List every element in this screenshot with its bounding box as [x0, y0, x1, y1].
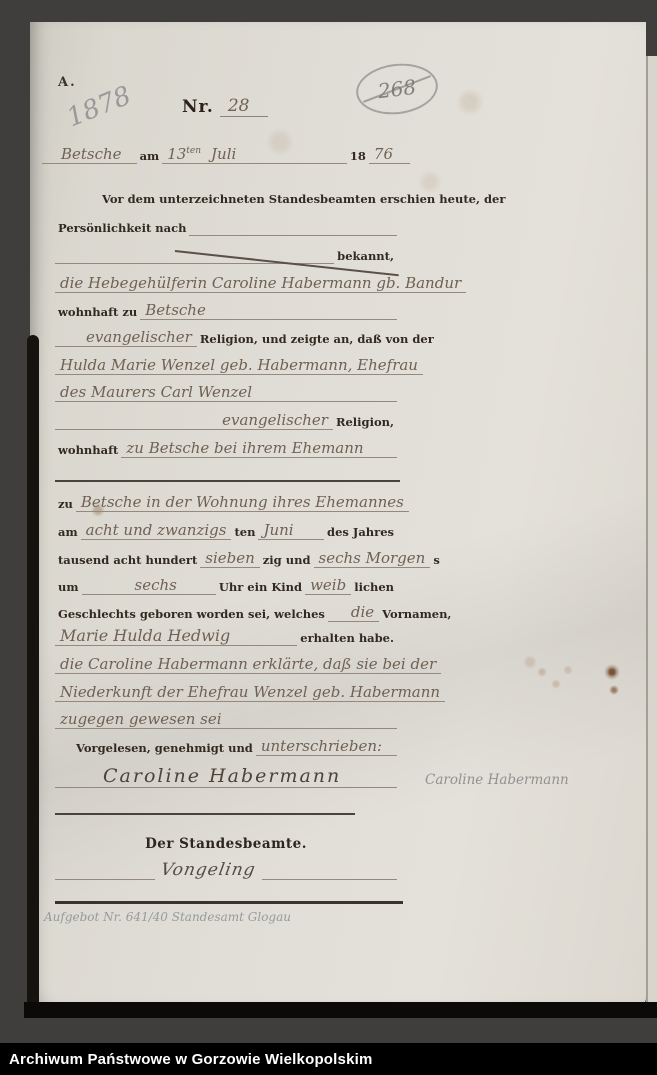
form-line-birthplace: zu Betsche in der Wohnung ihres Ehemanne… — [55, 492, 397, 512]
form-line-religion2: evangelischer Religion, — [55, 410, 397, 430]
form-line-residence2: wohnhaft zu Betsche bei ihrem Ehemann — [55, 438, 397, 458]
declarant-signature: Caroline Habermann — [95, 765, 349, 788]
form-intro: Vor dem unterzeichneten Standesbeamten e… — [102, 192, 505, 206]
form-line-birthday: am acht und zwanzigs ten Juni des Jahres — [55, 520, 397, 540]
record-number-label: Nr. — [182, 97, 220, 117]
father-name: des Maurers Carl Wenzel — [55, 384, 257, 402]
form-line-father: des Maurers Carl Wenzel — [55, 382, 397, 402]
pencil-note-bottom: Aufgebot Nr. 641/40 Standesamt Glogau — [44, 910, 291, 924]
pencil-circled-number: 268 — [353, 59, 440, 119]
form-line-declaration3: zugegen gewesen sei — [55, 709, 397, 729]
date-month: Juli — [206, 146, 241, 164]
declaration2-entry: Niederkunft der Ehefrau Wenzel geb. Habe… — [55, 684, 445, 702]
form-line-declaration1: die Caroline Habermann erklärte, daß sie… — [55, 654, 397, 674]
form-line-persoenlichkeit: Persönlichkeit nach — [55, 216, 397, 236]
scan-bottom-shadow — [24, 1002, 657, 1018]
form-line-mother: Hulda Marie Wenzel geb. Habermann, Ehefr… — [55, 355, 397, 375]
document-page: A. 1878 Nr. 28 268 Betsche am 13ten Juli… — [30, 22, 646, 1004]
declaration3-entry: zugegen gewesen sei — [55, 711, 227, 729]
religion1-entry: evangelischer — [81, 329, 197, 347]
hour-entry: sechs — [130, 577, 182, 595]
archive-footer-bar: Archiwum Państwowe w Gorzowie Wielkopols… — [0, 1043, 657, 1075]
record-number: Nr. 28 — [182, 96, 268, 117]
date-century: 18 — [347, 149, 369, 164]
date-day: 13ten — [162, 146, 206, 164]
birthday-entry: acht und zwanzigs — [81, 522, 232, 540]
form-line-residence: wohnhaft zu Betsche — [55, 300, 397, 320]
year-decade-entry: sieben — [200, 550, 260, 568]
unterschrieben-entry: unterschrieben: — [256, 738, 387, 756]
form-line-religion1: evangelischer Religion, und zeigte an, d… — [55, 327, 397, 347]
date-place: Betsche — [56, 146, 127, 164]
mother-name: Hulda Marie Wenzel geb. Habermann, Ehefr… — [55, 357, 423, 375]
year-units-entry: sechs Morgen — [314, 550, 431, 568]
bottom-rule — [55, 901, 403, 904]
registrar-signature: Vongeling — [153, 860, 263, 880]
child-names-entry: Marie Hulda Hedwig — [55, 627, 235, 646]
next-page-edge — [646, 56, 657, 1002]
form-line-registrar-signature: Vongeling — [55, 856, 397, 880]
pencil-signature-transcription: Caroline Habermann — [425, 772, 569, 788]
date-line: Betsche am 13ten Juli 18 76 — [42, 144, 410, 164]
form-line-bekannt: bekannt, — [55, 244, 397, 264]
form-line-declaration2: Niederkunft der Ehefrau Wenzel geb. Habe… — [55, 682, 397, 702]
registrar-heading: Der Standesbeamte. — [55, 836, 397, 852]
form-line-childnames: Marie Hulda Hedwig erhalten habe. — [55, 626, 397, 646]
archive-name: Archiwum Państwowe w Gorzowie Wielkopols… — [0, 1051, 373, 1068]
declaration1-entry: die Caroline Habermann erklärte, daß sie… — [55, 656, 441, 674]
form-line-signature: Caroline Habermann — [55, 762, 397, 788]
date-am-label: am — [137, 149, 163, 164]
birthplace-entry: Betsche in der Wohnung ihres Ehemannes — [76, 494, 409, 512]
form-line-vorgelesen: Vorgelesen, genehmigt und unterschrieben… — [55, 736, 397, 756]
section-divider — [55, 480, 400, 482]
residence2-entry: zu Betsche bei ihrem Ehemann — [121, 440, 368, 458]
record-number-value: 28 — [220, 96, 268, 117]
religion2-entry: evangelischer — [217, 412, 333, 430]
date-year: 76 — [369, 146, 398, 164]
book-gutter-shadow — [27, 335, 39, 1007]
declarant-residence: Betsche — [140, 302, 211, 320]
declarant-name: die Hebegehülferin Caroline Habermann gb… — [55, 275, 466, 293]
form-line-birthyear: tausend acht hundert sieben zig und sech… — [55, 548, 397, 568]
signature-rule — [55, 813, 355, 815]
form-line-declarant: die Hebegehülferin Caroline Habermann gb… — [55, 273, 397, 293]
gender-entry: weib — [305, 577, 351, 595]
article-entry: die — [346, 604, 379, 622]
form-line-geschlecht: Geschlechts geboren worden sei, welches … — [55, 602, 397, 622]
form-line-hour: um sechs Uhr ein Kind weib lichen — [55, 575, 397, 595]
birthmonth-entry: Juni — [258, 522, 298, 540]
page-corner-letter: A. — [58, 75, 77, 90]
